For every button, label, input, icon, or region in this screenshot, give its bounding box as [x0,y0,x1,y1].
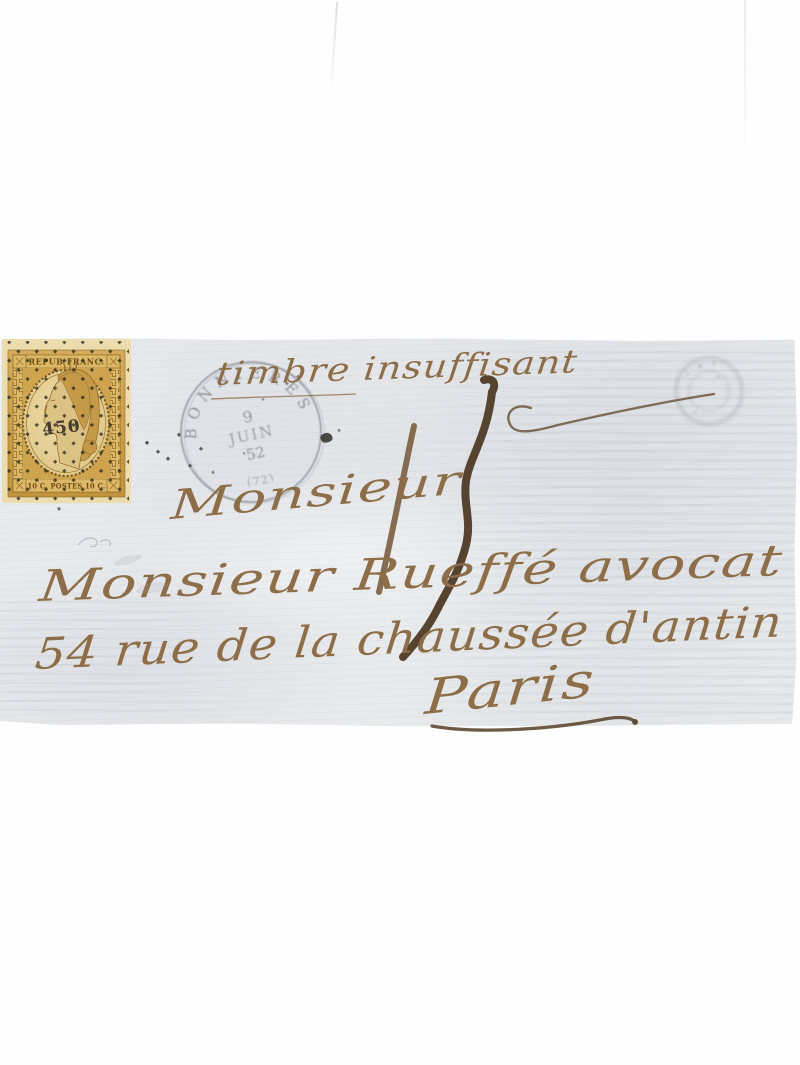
address-line-2: Monsieur Rueffé avocat [35,536,785,612]
postage-stamp: REPUB FRANC. 10 C. POSTES 10 C. 450 [2,339,131,503]
address-line-3: 54 rue de la chaussée d'antin [33,597,785,680]
scan-background: REPUB FRANC. 10 C. POSTES 10 C. 450 BONN… [0,0,800,1065]
cover-markings: REPUB FRANC. 10 C. POSTES 10 C. 450 BONN… [0,0,800,1065]
flourish-ink-blob [632,719,638,725]
cancel-number: 450 [41,416,81,440]
address-line-4: Paris [422,652,598,726]
ghost-postmark [676,358,742,424]
manuscript-note: timbre insuffisant [211,342,580,399]
note-timbre-insuffisant: timbre insuffisant [214,342,580,393]
